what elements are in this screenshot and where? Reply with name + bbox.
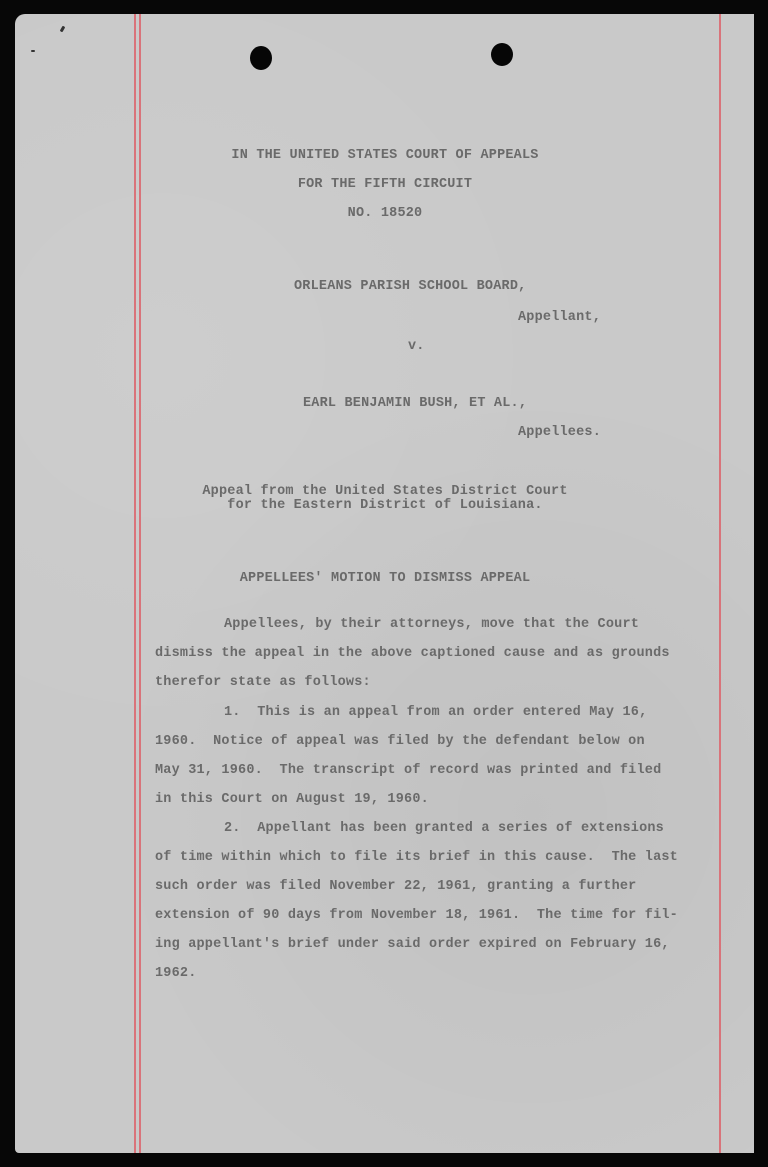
- appellee-name: EARL BENJAMIN BUSH, ET AL.,: [303, 396, 527, 412]
- paragraph-1-line-1: 1. This is an appeal from an order enter…: [224, 705, 647, 721]
- appellant-role: Appellant,: [518, 310, 601, 326]
- paragraph-2-line-1: 2. Appellant has been granted a series o…: [224, 821, 664, 837]
- ink-speck: [31, 50, 35, 52]
- paragraph-2-line-3: such order was filed November 22, 1961, …: [155, 879, 636, 895]
- case-number: NO. 18520: [115, 206, 655, 222]
- intro-line-1: Appellees, by their attorneys, move that…: [224, 617, 639, 633]
- appellant-name: ORLEANS PARISH SCHOOL BOARD,: [294, 279, 526, 295]
- ink-speck: [60, 26, 66, 33]
- punch-hole-right: [491, 43, 513, 66]
- paragraph-1-line-3: May 31, 1960. The transcript of record w…: [155, 763, 661, 779]
- paragraph-1-line-2: 1960. Notice of appeal was filed by the …: [155, 734, 645, 750]
- appeal-source-line-2: for the Eastern District of Louisiana.: [115, 499, 655, 513]
- appeal-source-line-1: Appeal from the United States District C…: [115, 485, 655, 499]
- intro-line-2: dismiss the appeal in the above captione…: [155, 646, 670, 662]
- court-heading-line-1: IN THE UNITED STATES COURT OF APPEALS: [115, 148, 655, 164]
- versus: v.: [408, 339, 425, 355]
- paragraph-2-line-4: extension of 90 days from November 18, 1…: [155, 908, 678, 924]
- court-heading-line-2: FOR THE FIFTH CIRCUIT: [115, 177, 655, 193]
- appellee-role: Appellees.: [518, 425, 601, 441]
- right-margin-line: [719, 14, 721, 1153]
- paragraph-2-line-2: of time within which to file its brief i…: [155, 850, 678, 866]
- intro-line-3: therefor state as follows:: [155, 675, 371, 691]
- punch-hole-left: [250, 46, 272, 70]
- motion-title: APPELLEES' MOTION TO DISMISS APPEAL: [115, 571, 655, 587]
- document-page: IN THE UNITED STATES COURT OF APPEALS FO…: [15, 14, 754, 1153]
- paragraph-2-line-5: ing appellant's brief under said order e…: [155, 937, 670, 953]
- paragraph-1-line-4: in this Court on August 19, 1960.: [155, 792, 429, 808]
- paragraph-2-line-6: 1962.: [155, 966, 197, 982]
